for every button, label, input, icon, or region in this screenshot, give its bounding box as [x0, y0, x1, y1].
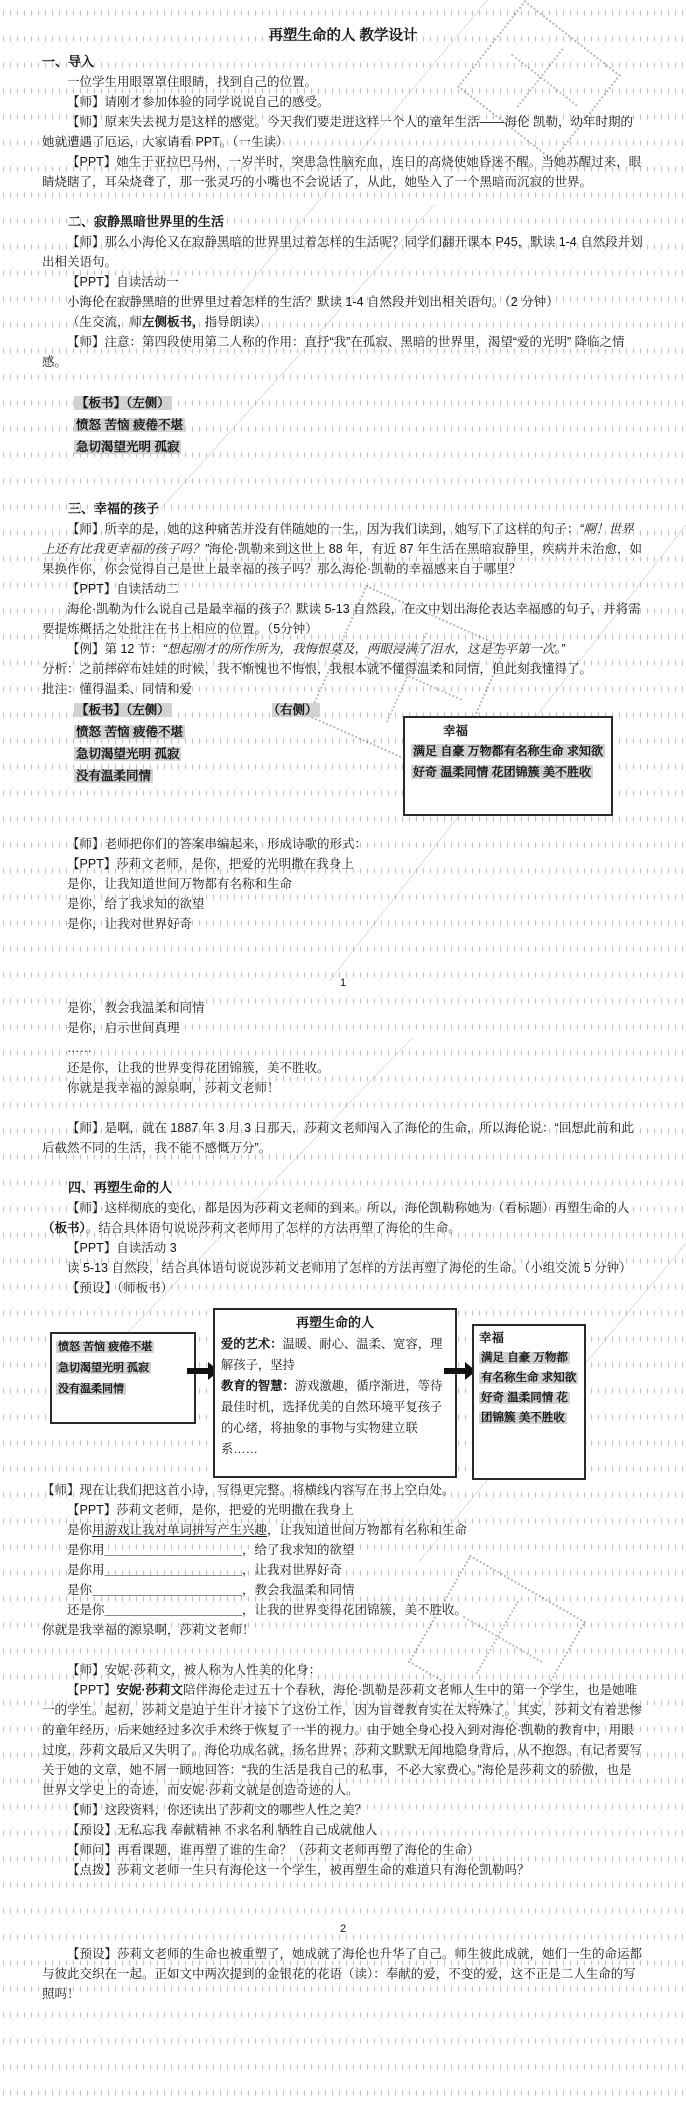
text-run: 是你，让我知道世间万物都有名称和生命: [67, 877, 292, 891]
paragraph: 【师】那么小海伦又在寂静黑暗的世界里过着怎样的生活呢？同学们翻开课本 P45，默…: [42, 232, 644, 272]
box-title: 幸福: [411, 721, 605, 741]
text-run: 【师】请刚才参加体验的同学说说自己的感受。: [67, 95, 330, 109]
text-run: 【PPT】她生于亚拉巴马州，一岁半时，突患急性脑充血，连日的高烧使她昏迷不醒。当…: [42, 155, 641, 189]
board-text: 愤怒 苦恼 疲倦不堪: [56, 1341, 154, 1353]
diagram-item: 教育的智慧：游戏激趣，循序渐进，等待最佳时机，选择优美的自然环境平复孩子的心绪，…: [221, 1376, 449, 1460]
document-body: 再塑生命的人 教学设计一、导入一位学生用眼罩罩住眼睛，找到自己的位置。【师】请刚…: [42, 24, 644, 2004]
text-run: 分析：之前摔碎布娃娃的时候，我不惭愧也不悔恨，我根本就不懂得温柔和同情，但此刻我…: [42, 662, 592, 676]
paragraph: 【师】注意：第四段使用第二人称的作用：直抒“我”在孤寂、黑暗的世界里，渴望“爱的…: [42, 332, 644, 372]
paragraph: 是你用游戏让我对单词拼写产生兴趣，让我知道世间万物都有名称和生命: [42, 1520, 644, 1540]
section-heading: 一、导入: [42, 52, 644, 72]
paragraph: 是你，给了我求知的欲望: [42, 894, 644, 914]
spacer: [42, 934, 644, 974]
paragraph: 你就是我幸福的源泉啊，莎莉文老师！: [42, 1620, 644, 1640]
board-line: 愤怒 苦恼 疲倦不堪: [56, 1337, 190, 1357]
paragraph: 【PPT】安妮·莎莉文陪伴海伦走过五十个春秋，海伦·凯勒是莎莉文老师人生中的第一…: [42, 1680, 644, 1800]
text-run: 是你用: [67, 1563, 105, 1577]
paragraph: ……: [42, 1038, 644, 1058]
board-diagram: 愤怒 苦恼 疲倦不堪急切渴望光明 孤寂没有温柔同情再塑生命的人爱的艺术：温暖、耐…: [42, 1298, 644, 1480]
spacer: [42, 1880, 644, 1920]
paragraph: 【师】是啊，就在 1887 年 3 月 3 日那天，莎莉文老师闯入了海伦的生命，…: [42, 1118, 644, 1158]
board-line: 没有温柔同情: [56, 1379, 190, 1399]
paragraph: 【师】现在让我们把这首小诗，写得更完整。将横线内容写在书上空白处。: [42, 1480, 644, 1500]
paragraph: 【师】这样彻底的变化，都是因为莎莉文老师的到来。所以，海伦凯勒称她为（看标题）再…: [42, 1198, 644, 1238]
text-run: 【PPT】莎莉文老师，是你，把爱的光明撒在我身上: [67, 1503, 354, 1517]
text-run: 你就是我幸福的源泉啊，莎莉文老师！: [67, 1081, 280, 1095]
paragraph: 【预设】莎莉文老师的生命也被重塑了，她成就了海伦也升华了自己。师生彼此成就，她们…: [42, 1944, 644, 2004]
paragraph: 【师】安妮·莎莉文，被人称为人性美的化身：: [42, 1660, 644, 1680]
spacer: [42, 1098, 644, 1118]
paragraph: 【PPT】自读活动一: [42, 272, 644, 292]
text-run: 还是你，让我的世界变得花团锦簇，美不胜收。: [67, 1061, 330, 1075]
paragraph: 读 5-13 自然段，结合具体语句说说莎莉文老师用了怎样的方法再塑了海伦的生命。…: [42, 1258, 644, 1278]
arrow-right-icon: [444, 1368, 466, 1374]
text-run: 【师问】再看课题，谁再塑了谁的生命？（莎莉文老师再塑了海伦的生命）: [67, 1843, 480, 1857]
text-run: 【PPT】自读活动 3: [67, 1241, 177, 1255]
paragraph: 【师】这段资料，你还读出了莎莉文的哪些人性之美？: [42, 1800, 644, 1820]
spacer: [42, 459, 644, 499]
doc-title: 再塑生命的人 教学设计: [42, 24, 644, 48]
spacer: [42, 814, 644, 834]
text-run: 是你: [67, 1583, 92, 1597]
text-run: 是你，给了我求知的欲望: [67, 897, 205, 911]
text-run: ，给了我求知的欲望: [242, 1543, 355, 1557]
text-run: 【师】安妮·莎莉文，被人称为人性美的化身：: [67, 1663, 321, 1677]
board-text: 满足 自豪 万物都有名称生命 求知欲 好奇 温柔同情 花团锦簇 美不胜收: [479, 1352, 578, 1424]
paragraph: 【预设】无私忘我 奉献精神 不求名利 牺牲自己成就他人: [42, 1820, 644, 1840]
paragraph: 【点拨】莎莉文老师一生只有海伦这一个学生，被再塑生命的难道只有海伦凯勒吗？: [42, 1860, 644, 1880]
paragraph: 【师】请刚才参加体验的同学说说自己的感受。: [42, 92, 644, 112]
paragraph: 是你，教会我温柔和同情: [42, 998, 644, 1018]
text-run: ＿＿＿＿＿＿＿＿＿＿＿: [105, 1563, 243, 1577]
text-run: 小海伦在寂静黑暗的世界里过着怎样的生活？默读 1-4 自然段并划出相关语句。（2…: [67, 295, 559, 309]
paragraph: 是你用＿＿＿＿＿＿＿＿＿＿＿，让我对世界好奇: [42, 1560, 644, 1580]
paragraph: 【PPT】莎莉文老师，是你，把爱的光明撒在我身上: [42, 1500, 644, 1520]
text-run: 是你，让我对世界好奇: [67, 917, 192, 931]
board-text: 愤怒 苦恼 疲倦不堪: [74, 418, 185, 432]
text-run: 用游戏让我对单词拼写产生兴趣: [92, 1523, 267, 1537]
text-run: 【师】现在让我们把这首小诗，写得更完整。将横线内容写在书上空白处。: [42, 1483, 455, 1497]
board-text: 急切渴望光明 孤寂: [56, 1362, 151, 1374]
paragraph: 是你＿＿＿＿＿＿＿＿＿＿＿＿，教会我温柔和同情: [42, 1580, 644, 1600]
text-run: “想起刚才的所作所为，我悔恨莫及，两眼浸满了泪水，这是生平第一次。”: [163, 642, 565, 656]
paragraph: 是你，让我对世界好奇: [42, 914, 644, 934]
box-title: 幸福: [479, 1328, 579, 1348]
text-run: 左侧板书，: [142, 315, 205, 329]
diagram-title: 再塑生命的人: [221, 1312, 449, 1334]
text-run: ……: [67, 1041, 92, 1055]
spacer: [42, 1640, 644, 1660]
text-run: 【师】那么小海伦又在寂静黑暗的世界里过着怎样的生活呢？同学们翻开课本 P45，默…: [42, 235, 643, 269]
section-heading: 四、再塑生命的人: [42, 1178, 644, 1198]
board-text: 急切渴望光明 孤寂: [74, 440, 181, 454]
text-run: 【PPT】莎莉文老师，是你，把爱的光明撒在我身上: [67, 857, 354, 871]
text-run: ＿＿＿＿＿＿＿＿＿＿＿: [105, 1603, 243, 1617]
paragraph: 【PPT】自读活动 3: [42, 1238, 644, 1258]
text-run: 读 5-13 自然段，结合具体语句说说莎莉文老师用了怎样的方法再塑了海伦的生命。…: [67, 1261, 632, 1275]
text-run: 【预设】莎莉文老师的生命也被重塑了，她成就了海伦也升华了自己。师生彼此成就，她们…: [42, 1947, 642, 2001]
text-run: 是你用: [67, 1543, 105, 1557]
spacer: [42, 372, 644, 392]
section-heading: 二、寂静黑暗世界里的生活: [42, 212, 644, 232]
board-text: 满足 自豪 万物都有名称生命 求知欲 好奇 温柔同情 花团锦簇 美不胜收: [411, 744, 605, 779]
board-line: 【板书】（左侧）: [42, 393, 644, 414]
board-text: 急切渴望光明 孤寂: [74, 747, 181, 761]
text-run: 【师】这样彻底的变化，都是因为莎莉文老师的到来。所以，海伦凯勒称她为（看标题）再…: [67, 1201, 630, 1215]
paragraph: 小海伦在寂静黑暗的世界里过着怎样的生活？默读 1-4 自然段并划出相关语句。（2…: [42, 292, 644, 312]
board-text: 愤怒 苦恼 疲倦不堪: [74, 725, 185, 739]
text-run: ，让我对世界好奇: [242, 1563, 342, 1577]
paragraph: 【PPT】自读活动二: [42, 579, 644, 599]
text-run: 还是你: [67, 1603, 105, 1617]
text-run: ，教会我温柔和同情: [242, 1583, 355, 1597]
text-run: 是你: [67, 1523, 92, 1537]
board-text: 【板书】（左侧）: [74, 396, 172, 410]
text-run: 【师】是啊，就在 1887 年 3 月 3 日那天，莎莉文老师闯入了海伦的生命，…: [42, 1121, 634, 1155]
paragraph: 【PPT】她生于亚拉巴马州，一岁半时，突患急性脑充血，连日的高烧使她昏迷不醒。当…: [42, 152, 644, 192]
text-run: 【师】老师把你们的答案串编起来，形成诗歌的形式：: [67, 837, 367, 851]
text-run: 批注：懂得温柔、同情和爱: [42, 682, 192, 696]
diagram-center-box: 再塑生命的人爱的艺术：温暖、耐心、温柔、宽容，理解孩子，坚持教育的智慧：游戏激趣…: [213, 1308, 457, 1478]
page-number: 2: [42, 1920, 644, 1938]
paragraph: 【师】原来失去视力是这样的感觉。今天我们要走进这样一个人的童年生活——海伦 凯勒…: [42, 112, 644, 152]
text-run: 是你，教会我温柔和同情: [67, 1001, 205, 1015]
text-run: ，让我知道世间万物都有名称和生命: [267, 1523, 467, 1537]
arrow-right-icon: [187, 1368, 209, 1374]
paragraph: 【例】第 12 节：“想起刚才的所作所为，我悔恨莫及，两眼浸满了泪水，这是生平第…: [42, 639, 644, 659]
board-block: 【板书】（左侧）愤怒 苦恼 疲倦不堪急切渴望光明 孤寂: [42, 393, 644, 458]
paragraph: 【师问】再看课题，谁再塑了谁的生命？（莎莉文老师再塑了海伦的生命）: [42, 1840, 644, 1860]
text-run: 【师】这段资料，你还读出了莎莉文的哪些人性之美？: [67, 1803, 367, 1817]
text-run: 【PPT】: [67, 1683, 116, 1697]
paragraph: 还是你，让我的世界变得花团锦簇，美不胜收。: [42, 1058, 644, 1078]
text-run: （生交流，师: [67, 315, 142, 329]
board-text: 没有温柔同情: [74, 769, 153, 783]
paragraph: 分析：之前摔碎布娃娃的时候，我不惭愧也不悔恨，我根本就不懂得温柔和同情，但此刻我…: [42, 659, 644, 679]
text-run: 【师】原来失去视力是这样的感觉。今天我们要走进这样一个人的童年生活——海伦 凯勒…: [42, 115, 633, 149]
board-label-left: 【板书】（左侧）: [74, 703, 172, 717]
text-run: ，让我的世界变得花团锦簇，美不胜收。: [242, 1603, 467, 1617]
text-run: 一位学生用眼罩罩住眼睛，找到自己的位置。: [67, 75, 317, 89]
paragraph: （生交流，师左侧板书，指导朗读）: [42, 312, 644, 332]
text-run: 指导朗读）: [205, 315, 268, 329]
paragraph: 【师】老师把你们的答案串编起来，形成诗歌的形式：: [42, 834, 644, 854]
text-run: （板书）: [42, 1221, 86, 1235]
paragraph: 【预设】（师板书）: [42, 1278, 644, 1298]
paragraph: 一位学生用眼罩罩住眼睛，找到自己的位置。: [42, 72, 644, 92]
diagram-right-box: 幸福满足 自豪 万物都有名称生命 求知欲 好奇 温柔同情 花团锦簇 美不胜收: [472, 1324, 586, 1480]
board-text: 没有温柔同情: [56, 1383, 126, 1395]
text-run: 陪伴海伦走过五十个春秋，海伦·凯勒是莎莉文老师人生中的第一个学生，也是她唯一的学…: [42, 1683, 642, 1797]
page-number: 1: [42, 974, 644, 992]
text-run: 【预设】无私忘我 奉献精神 不求名利 牺牲自己成就他人: [67, 1823, 377, 1837]
text-run: 【师】注意：第四段使用第二人称的作用：直抒“我”在孤寂、黑暗的世界里，渴望“爱的…: [42, 335, 625, 369]
text-run: 【PPT】自读活动一: [67, 275, 179, 289]
paragraph: 海伦·凯勒为什么说自己是最幸福的孩子？默读 5-13 自然段，在文中划出海伦表达…: [42, 599, 644, 639]
text-run: 你就是我幸福的源泉啊，莎莉文老师！: [42, 1623, 255, 1637]
text-run: 。结合具体语句说说莎莉文老师用了怎样的方法再塑了海伦的生命。: [86, 1221, 461, 1235]
diagram-item-label: 爱的艺术：: [221, 1337, 283, 1351]
text-run: 安妮·莎莉文: [116, 1683, 183, 1697]
board-label-right: （右侧）: [272, 703, 320, 717]
board-line: 急切渴望光明 孤寂: [56, 1358, 190, 1378]
section-heading: 三、幸福的孩子: [42, 499, 644, 519]
spacer: [42, 1158, 644, 1178]
paragraph: 还是你＿＿＿＿＿＿＿＿＿＿＿，让我的世界变得花团锦簇，美不胜收。: [42, 1600, 644, 1620]
text-run: 【预设】（师板书）: [67, 1281, 173, 1295]
text-run: 【点拨】莎莉文老师一生只有海伦这一个学生，被再塑生命的难道只有海伦凯勒吗？: [67, 1863, 530, 1877]
board-row: 【板书】（左侧）（右侧）愤怒 苦恼 疲倦不堪急切渴望光明 孤寂没有温柔同情幸福满…: [42, 700, 644, 814]
paragraph: 【PPT】莎莉文老师，是你，把爱的光明撒在我身上: [42, 854, 644, 874]
happiness-box: 幸福满足 自豪 万物都有名称生命 求知欲 好奇 温柔同情 花团锦簇 美不胜收: [403, 716, 613, 816]
text-run: 海伦·凯勒为什么说自己是最幸福的孩子？默读 5-13 自然段，在文中划出海伦表达…: [42, 602, 641, 636]
paragraph: 批注：懂得温柔、同情和爱: [42, 679, 644, 699]
diagram-left-box: 愤怒 苦恼 疲倦不堪急切渴望光明 孤寂没有温柔同情: [50, 1332, 196, 1424]
text-run: 【例】第 12 节：: [67, 642, 163, 656]
text-run: ＿＿＿＿＿＿＿＿＿＿＿: [105, 1543, 243, 1557]
board-line: 愤怒 苦恼 疲倦不堪: [42, 415, 644, 436]
paragraph: 是你用＿＿＿＿＿＿＿＿＿＿＿，给了我求知的欲望: [42, 1540, 644, 1560]
paragraph: 是你，启示世间真理: [42, 1018, 644, 1038]
text-run: 【PPT】自读活动二: [67, 582, 179, 596]
document-page: 再塑生命的人 教学设计一、导入一位学生用眼罩罩住眼睛，找到自己的位置。【师】请刚…: [0, 0, 686, 2102]
text-run: ＿＿＿＿＿＿＿＿＿＿＿＿: [92, 1583, 242, 1597]
diagram-item-label: 教育的智慧：: [221, 1379, 295, 1393]
paragraph: 【师】所幸的是，她的这种痛苦并没有伴随她的一生，因为我们读到，她写下了这样的句子…: [42, 519, 644, 579]
paragraph: 是你，让我知道世间万物都有名称和生命: [42, 874, 644, 894]
diagram-item: 爱的艺术：温暖、耐心、温柔、宽容，理解孩子，坚持: [221, 1334, 449, 1376]
spacer: [42, 192, 644, 212]
board-line: 急切渴望光明 孤寂: [42, 437, 644, 458]
text-run: 是你，启示世间真理: [67, 1021, 180, 1035]
text-run: 【师】所幸的是，她的这种痛苦并没有伴随她的一生，因为我们读到，她写下了这样的句子…: [67, 522, 580, 536]
paragraph: 你就是我幸福的源泉啊，莎莉文老师！: [42, 1078, 644, 1098]
